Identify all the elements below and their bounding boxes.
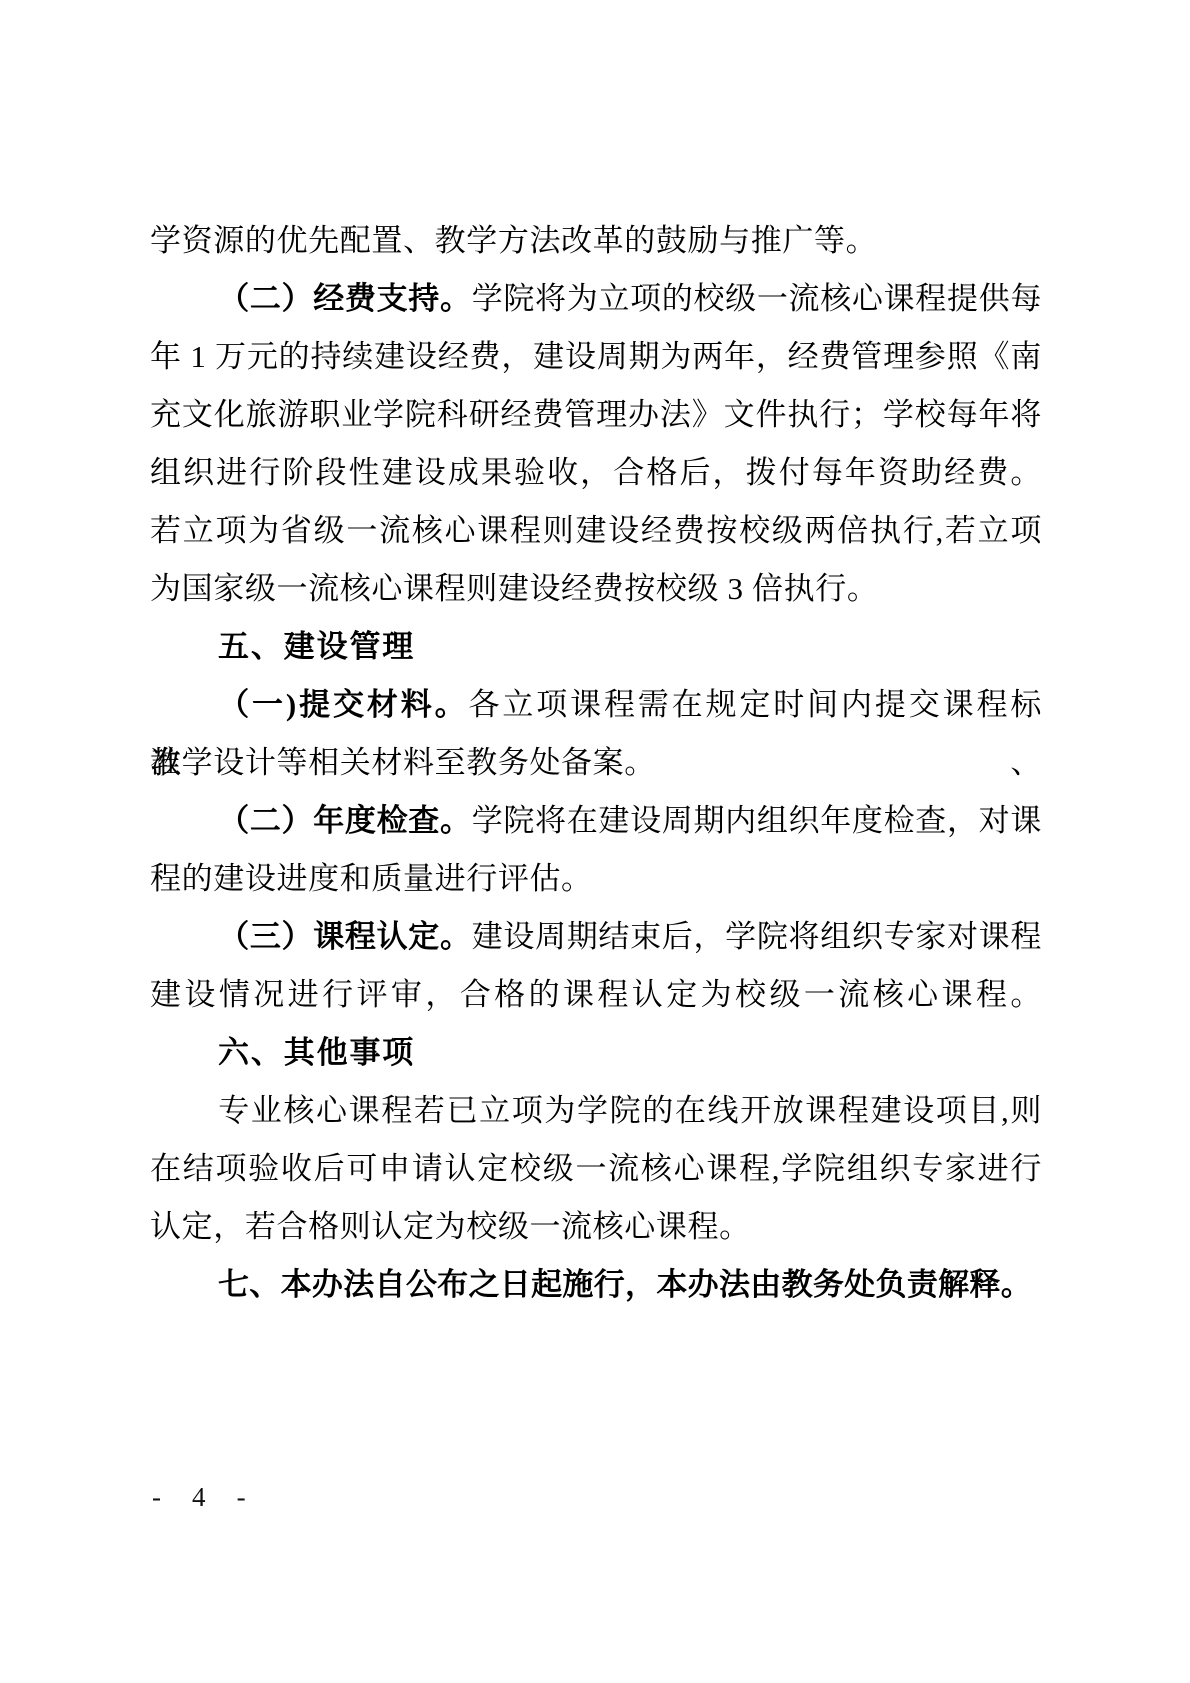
body-line-17: 在结项验收后可申请认定校级一流核心课程,学院组织专家进行	[150, 1140, 1042, 1198]
body-line-16: 专业核心课程若已立项为学院的在线开放课程建设项目,则	[150, 1082, 1042, 1140]
body-line-6: 若立项为省级一流核心课程则建设经费按校级两倍执行,若立项	[150, 502, 1042, 560]
section-heading-6: 六、其他事项	[150, 1024, 1042, 1082]
run-in-label-materials: （一)提交材料。	[218, 687, 468, 722]
body-text: 程的建设进度和质量进行评估。	[150, 861, 593, 896]
body-line-12: 程的建设进度和质量进行评估。	[150, 850, 1042, 908]
document-body: 学资源的优先配置、教学方法改革的鼓励与推广等。 （二）经费支持。学院将为立项的校…	[150, 212, 1042, 1314]
heading-text: 七、本办法自公布之日起施行，本办法由教务处负责解释。	[218, 1267, 1032, 1302]
body-text: 建设周期结束后，学院将组织专家对课程	[472, 919, 1042, 954]
heading-text: 五、建设管理	[218, 629, 415, 664]
body-line-14: 建设情况进行评审，合格的课程认定为校级一流核心课程。	[150, 966, 1042, 1024]
body-line-7: 为国家级一流核心课程则建设经费按校级 3 倍执行。	[150, 560, 1042, 618]
body-text: 学院将为立项的校级一流核心课程提供每	[472, 281, 1042, 316]
run-in-label-course-recognition: （三）课程认定。	[218, 919, 472, 954]
body-line-5: 组织进行阶段性建设成果验收，合格后，拨付每年资助经费。	[150, 444, 1042, 502]
body-text: 专业核心课程若已立项为学院的在线开放课程建设项目,则	[218, 1093, 1042, 1128]
run-in-label-funding: （二）经费支持。	[218, 281, 472, 316]
body-line-18: 认定，若合格则认定为校级一流核心课程。	[150, 1198, 1042, 1256]
body-line-9: （一)提交材料。各立项课程需在规定时间内提交课程标准、	[150, 676, 1042, 734]
body-line-2: （二）经费支持。学院将为立项的校级一流核心课程提供每	[150, 270, 1042, 328]
document-page: 学资源的优先配置、教学方法改革的鼓励与推广等。 （二）经费支持。学院将为立项的校…	[0, 0, 1190, 1683]
body-text: 在结项验收后可申请认定校级一流核心课程,学院组织专家进行	[150, 1151, 1042, 1186]
body-line-3: 年 1 万元的持续建设经费，建设周期为两年，经费管理参照《南	[150, 328, 1042, 386]
body-text: 若立项为省级一流核心课程则建设经费按校级两倍执行,若立项	[150, 513, 1042, 548]
section-heading-7: 七、本办法自公布之日起施行，本办法由教务处负责解释。	[150, 1256, 1042, 1314]
body-text: 为国家级一流核心课程则建设经费按校级 3 倍执行。	[150, 571, 879, 606]
body-text: 学资源的优先配置、教学方法改革的鼓励与推广等。	[150, 223, 877, 258]
body-text: 教学设计等相关材料至教务处备案。	[150, 745, 656, 780]
body-text: 建设情况进行评审，合格的课程认定为校级一流核心课程。	[150, 977, 1042, 1012]
body-line-1: 学资源的优先配置、教学方法改革的鼓励与推广等。	[150, 212, 1042, 270]
body-text: 充文化旅游职业学院科研经费管理办法》文件执行；学校每年将	[150, 397, 1042, 432]
body-line-13: （三）课程认定。建设周期结束后，学院将组织专家对课程	[150, 908, 1042, 966]
body-text: 认定，若合格则认定为校级一流核心课程。	[150, 1209, 751, 1244]
body-text: 学院将在建设周期内组织年度检查，对课	[472, 803, 1042, 838]
body-text: 组织进行阶段性建设成果验收，合格后，拨付每年资助经费。	[150, 455, 1042, 490]
run-in-label-annual-check: （二）年度检查。	[218, 803, 472, 838]
body-line-11: （二）年度检查。学院将在建设周期内组织年度检查，对课	[150, 792, 1042, 850]
section-heading-5: 五、建设管理	[150, 618, 1042, 676]
page-number: - 4 -	[152, 1482, 258, 1513]
body-text: 年 1 万元的持续建设经费，建设周期为两年，经费管理参照《南	[150, 339, 1042, 374]
heading-text: 六、其他事项	[218, 1035, 415, 1070]
body-line-4: 充文化旅游职业学院科研经费管理办法》文件执行；学校每年将	[150, 386, 1042, 444]
